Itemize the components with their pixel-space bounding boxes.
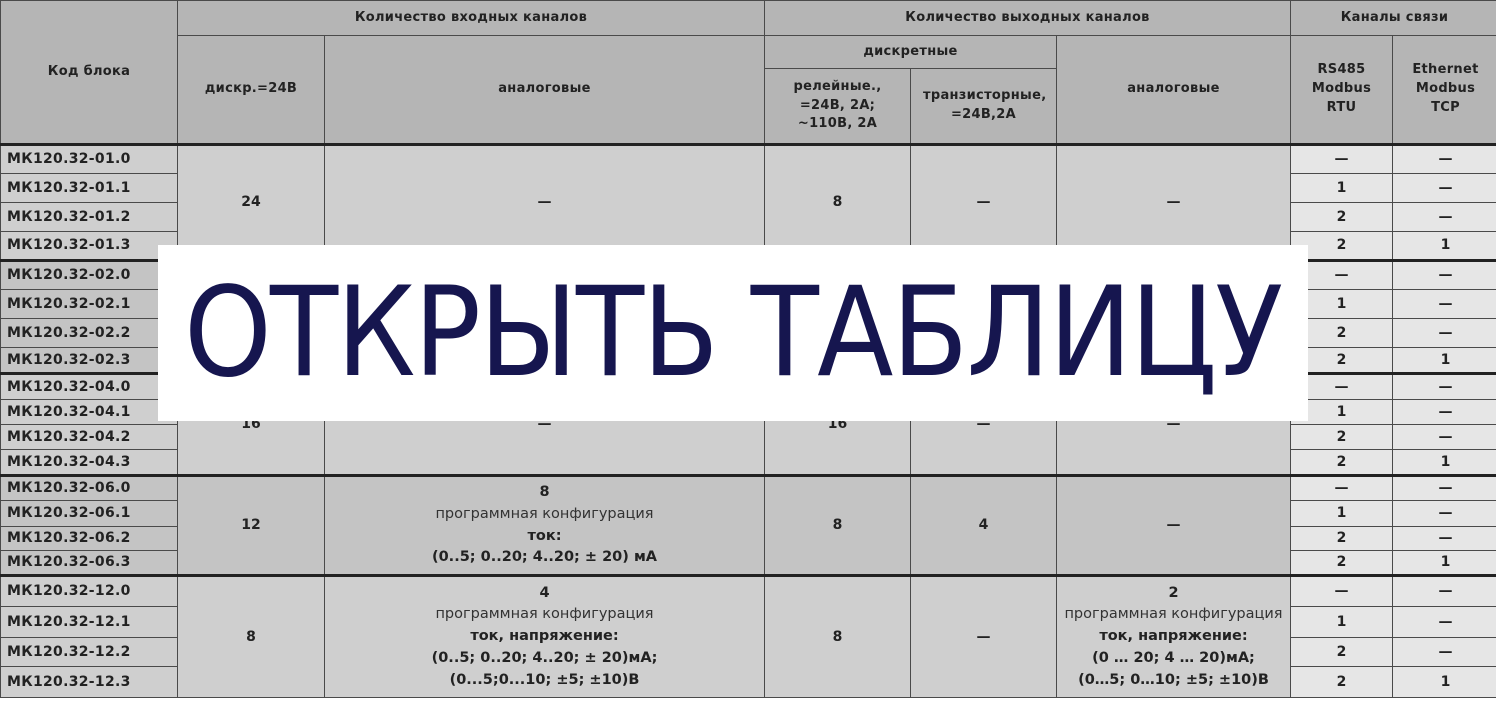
block-code: МК120.32-12.3 <box>1 667 178 698</box>
in-discrete-count: 8 <box>178 576 325 698</box>
block-code: МК120.32-02.2 <box>1 319 178 348</box>
out-relay-count: 8 <box>765 576 911 698</box>
out-relay-count: 8 <box>765 145 911 261</box>
ethernet-count: — <box>1393 607 1496 638</box>
in-analog-count: 4 <box>325 583 764 605</box>
ethernet-count: — <box>1393 638 1496 667</box>
rs485-count: — <box>1291 476 1393 501</box>
block-code: МК120.32-02.0 <box>1 261 178 290</box>
open-table-label: ОТКРЫТЬ ТАБЛИЦУ <box>184 271 1281 395</box>
in-discrete-count: 12 <box>178 476 325 576</box>
out-transistor-count: 4 <box>911 476 1057 576</box>
block-code: МК120.32-06.1 <box>1 501 178 527</box>
ethernet-count: — <box>1393 290 1496 319</box>
rs485-count: 2 <box>1291 527 1393 551</box>
header-outputs-group: Количество выходных каналов <box>765 1 1291 36</box>
rs485-count: 2 <box>1291 203 1393 232</box>
block-code: МК120.32-01.3 <box>1 232 178 261</box>
in-discrete-count: 24 <box>178 145 325 261</box>
block-code: МК120.32-04.3 <box>1 450 178 476</box>
rs485-count: 1 <box>1291 501 1393 527</box>
table-row: МК120.32-12.084программная конфигурацият… <box>1 576 1496 607</box>
in-analog: — <box>325 145 765 261</box>
in-analog-note: программная конфигурация <box>325 504 764 526</box>
block-code: МК120.32-12.1 <box>1 607 178 638</box>
out-analog-count: 2 <box>1057 583 1290 605</box>
block-code: МК120.32-12.2 <box>1 638 178 667</box>
out-analog-type: ток, напряжение: <box>1057 626 1290 648</box>
block-code: МК120.32-04.0 <box>1 374 178 400</box>
table-row: МК120.32-06.0128программная конфигурация… <box>1 476 1496 501</box>
in-analog-range: (0..5; 0..20; 4..20; ± 20)мА; <box>325 648 764 670</box>
out-analog: 2программная конфигурацияток, напряжение… <box>1057 576 1291 698</box>
in-analog: 8программная конфигурацияток:(0..5; 0..2… <box>325 476 765 576</box>
ethernet-count: — <box>1393 501 1496 527</box>
header-out-transistor: транзисторные, =24В,2А <box>911 69 1057 145</box>
header-out-analog: аналоговые <box>1057 36 1291 145</box>
table-body: МК120.32-01.024—8————МК120.32-01.11—МК12… <box>1 145 1496 698</box>
header-rs485: RS485 Modbus RTU <box>1291 36 1393 145</box>
ethernet-count: — <box>1393 400 1496 425</box>
ethernet-count: — <box>1393 576 1496 607</box>
in-analog-range2: (0...5;0...10; ±5; ±10)В <box>325 670 764 692</box>
rs485-count: 1 <box>1291 174 1393 203</box>
rs485-count: 2 <box>1291 425 1393 450</box>
block-code: МК120.32-06.3 <box>1 551 178 576</box>
header-in-discrete: дискр.=24В <box>178 36 325 145</box>
rs485-count: 2 <box>1291 551 1393 576</box>
header-code: Код блока <box>1 1 178 145</box>
out-analog: — <box>1057 145 1291 261</box>
ethernet-count: — <box>1393 261 1496 290</box>
header-in-analog: аналоговые <box>325 36 765 145</box>
ethernet-count: — <box>1393 425 1496 450</box>
block-code: МК120.32-01.1 <box>1 174 178 203</box>
ethernet-count: — <box>1393 145 1496 174</box>
ethernet-count: — <box>1393 527 1496 551</box>
block-code: МК120.32-12.0 <box>1 576 178 607</box>
block-code: МК120.32-06.0 <box>1 476 178 501</box>
block-code: МК120.32-04.2 <box>1 425 178 450</box>
in-analog-range: (0..5; 0..20; 4..20; ± 20) мА <box>325 547 764 569</box>
out-transistor-count: — <box>911 145 1057 261</box>
rs485-count: — <box>1291 145 1393 174</box>
header-out-discrete-group: дискретные <box>765 36 1057 69</box>
in-analog: 4программная конфигурацияток, напряжение… <box>325 576 765 698</box>
rs485-count: 2 <box>1291 638 1393 667</box>
ethernet-count: — <box>1393 374 1496 400</box>
block-code: МК120.32-06.2 <box>1 527 178 551</box>
rs485-count: 2 <box>1291 667 1393 698</box>
block-code: МК120.32-02.3 <box>1 348 178 374</box>
in-analog-note: программная конфигурация <box>325 604 764 626</box>
ethernet-count: 1 <box>1393 667 1496 698</box>
block-code: МК120.32-04.1 <box>1 400 178 425</box>
in-analog-type: ток, напряжение: <box>325 626 764 648</box>
header-comm-group: Каналы связи <box>1291 1 1496 36</box>
out-relay-count: 8 <box>765 476 911 576</box>
ethernet-count: 1 <box>1393 551 1496 576</box>
ethernet-count: — <box>1393 319 1496 348</box>
block-code: МК120.32-01.0 <box>1 145 178 174</box>
block-code: МК120.32-01.2 <box>1 203 178 232</box>
out-analog-note: программная конфигурация <box>1057 604 1290 626</box>
out-analog-range: (0 … 20; 4 … 20)мА; <box>1057 648 1290 670</box>
header-out-relay: релейные., =24В, 2А; ~110В, 2А <box>765 69 911 145</box>
out-analog: — <box>1057 476 1291 576</box>
header-ethernet: Ethernet Modbus TCP <box>1393 36 1496 145</box>
rs485-count: 2 <box>1291 450 1393 476</box>
in-analog-type: ток: <box>325 526 764 548</box>
block-code: МК120.32-02.1 <box>1 290 178 319</box>
out-transistor-count: — <box>911 576 1057 698</box>
open-table-button[interactable]: ОТКРЫТЬ ТАБЛИЦУ <box>158 245 1308 421</box>
ethernet-count: 1 <box>1393 348 1496 374</box>
out-analog-range2: (0…5; 0…10; ±5; ±10)В <box>1057 670 1290 692</box>
rs485-count: 1 <box>1291 607 1393 638</box>
header-inputs-group: Количество входных каналов <box>178 1 765 36</box>
in-analog-count: 8 <box>325 482 764 504</box>
ethernet-count: — <box>1393 476 1496 501</box>
table-row: МК120.32-01.024—8———— <box>1 145 1496 174</box>
rs485-count: — <box>1291 576 1393 607</box>
ethernet-count: 1 <box>1393 450 1496 476</box>
ethernet-count: — <box>1393 203 1496 232</box>
ethernet-count: — <box>1393 174 1496 203</box>
ethernet-count: 1 <box>1393 232 1496 261</box>
